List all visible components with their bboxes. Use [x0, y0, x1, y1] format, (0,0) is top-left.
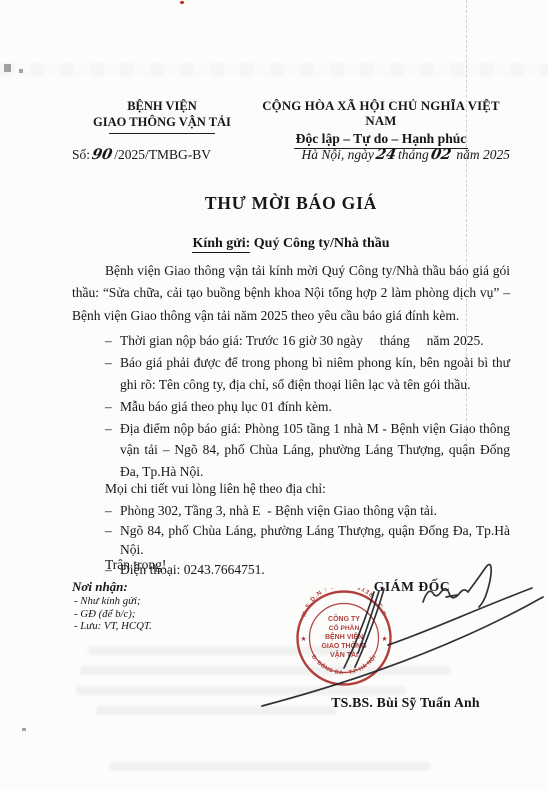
list-item: –Địa điểm nộp báo giá: Phòng 105 tầng 1 … — [72, 418, 510, 482]
list-item-text: Thời gian nộp báo giá: Trước 16 giờ 30 n… — [120, 333, 484, 348]
bleed-through-text — [110, 762, 430, 771]
recipient-item: - GĐ (để b/c); — [72, 608, 152, 621]
doc-number-prefix: Số: — [72, 147, 90, 162]
recipient-item: - Lưu: VT, HCQT. — [72, 620, 152, 633]
stamp-center-line: BỆNH VIỆN — [325, 632, 363, 641]
org-name-line1: BỆNH VIỆN — [72, 99, 252, 115]
salutation: Kính gửi: Quý Công ty/Nhà thầu — [72, 236, 510, 252]
intro-paragraph: Bệnh viện Giao thông vận tải kính mời Qu… — [72, 260, 510, 327]
stamp-center-line: GIAO THÔNG — [321, 641, 367, 650]
stamp-center-line: VẬN TẢI — [330, 650, 358, 659]
list-item-text: Ngõ 84, phố Chùa Láng, phường Láng Thượn… — [120, 523, 510, 558]
recipient-item: - Như kính gửi; — [72, 595, 152, 608]
list-item: –Báo giá phải được để trong phong bì niê… — [72, 352, 510, 395]
stamp-star-icon: ★ — [300, 635, 306, 643]
scan-artifact-red-dot — [180, 1, 184, 4]
doc-number-handwritten: 90 — [91, 146, 114, 163]
list-item-text: Báo giá phải được để trong phong bì niêm… — [120, 355, 510, 391]
signer-name: TS.BS. Bùi Sỹ Tuấn Anh — [318, 695, 493, 711]
scan-artifact-speck — [4, 64, 11, 72]
dash-marker: – — [105, 521, 112, 541]
dash-marker: – — [105, 352, 112, 373]
bleed-through-text — [80, 666, 450, 675]
list-item: –Thời gian nộp báo giá: Trước 16 giờ 30 … — [72, 330, 510, 351]
list-item-text: Phòng 302, Tầng 3, nhà E - Bệnh viện Gia… — [120, 503, 437, 518]
list-item: –Phòng 302, Tầng 3, nhà E - Bệnh viện Gi… — [72, 501, 510, 521]
date-prefix: Hà Nội, ngày — [301, 147, 373, 162]
org-name-line2: GIAO THÔNG VẬN TẢI — [72, 115, 252, 131]
doc-number-suffix: /2025/TMBG-BV — [114, 147, 211, 162]
document-title: THƯ MỜI BÁO GIÁ — [72, 193, 510, 214]
dash-marker: – — [105, 418, 112, 439]
org-underline — [109, 133, 215, 134]
quotation-terms-list: –Thời gian nộp báo giá: Trước 16 giờ 30 … — [72, 330, 510, 483]
scan-artifact-speck — [22, 728, 26, 731]
number-date-row: Số:90/2025/TMBG-BV Hà Nội, ngày24tháng02… — [72, 146, 510, 163]
dash-marker: – — [105, 330, 112, 351]
stamp-center-line: CÔNG TY — [328, 614, 360, 623]
scan-artifact-speck — [19, 69, 23, 73]
recipients-label: Nơi nhận: — [72, 579, 152, 595]
national-title: CỘNG HÒA XÃ HỘI CHỦ NGHĨA VIỆT NAM — [252, 99, 510, 129]
document-number: Số:90/2025/TMBG-BV — [72, 146, 211, 163]
date-suffix: năm 2025 — [456, 147, 510, 162]
letterhead: BỆNH VIỆN GIAO THÔNG VẬN TẢI CỘNG HÒA XÃ… — [72, 99, 510, 149]
list-item: –Ngõ 84, phố Chùa Láng, phường Láng Thượ… — [72, 521, 510, 560]
scanned-letter-page: BỆNH VIỆN GIAO THÔNG VẬN TẢI CỘNG HÒA XÃ… — [0, 0, 548, 790]
list-item-text: Địa điểm nộp báo giá: Phòng 105 tầng 1 n… — [120, 421, 510, 479]
list-item-text: Mẫu báo giá theo phụ lục 01 đính kèm. — [120, 399, 332, 414]
list-item: –Mẫu báo giá theo phụ lục 01 đính kèm. — [72, 396, 510, 417]
org-block: BỆNH VIỆN GIAO THÔNG VẬN TẢI — [72, 99, 252, 149]
document-date: Hà Nội, ngày24tháng02 năm 2025 — [301, 146, 510, 163]
closing-line: Trân trọng! — [72, 557, 510, 573]
salutation-text: Quý Công ty/Nhà thầu — [254, 236, 390, 251]
date-month-handwritten: 02 — [429, 146, 452, 163]
stamp-star-icon: ★ — [381, 635, 387, 643]
national-header-block: CỘNG HÒA XÃ HỘI CHỦ NGHĨA VIỆT NAM Độc l… — [252, 99, 510, 149]
dash-marker: – — [105, 501, 112, 521]
stamp-center-line: CỔ PHẦN — [329, 622, 360, 632]
bleed-through-text — [96, 706, 336, 715]
official-red-stamp: M.S.D.N : 0107276138 - C.P Đ. ĐỐNG ĐA - … — [294, 588, 394, 688]
contact-intro: Mọi chi tiết vui lòng liên hệ theo địa c… — [72, 481, 510, 497]
date-day-handwritten: 24 — [374, 146, 397, 163]
salutation-label: Kính gửi: — [192, 236, 250, 253]
recipients-block: Nơi nhận: - Như kính gửi; - GĐ (để b/c);… — [72, 579, 152, 633]
dash-marker: – — [105, 396, 112, 417]
date-mid: tháng — [398, 147, 429, 162]
